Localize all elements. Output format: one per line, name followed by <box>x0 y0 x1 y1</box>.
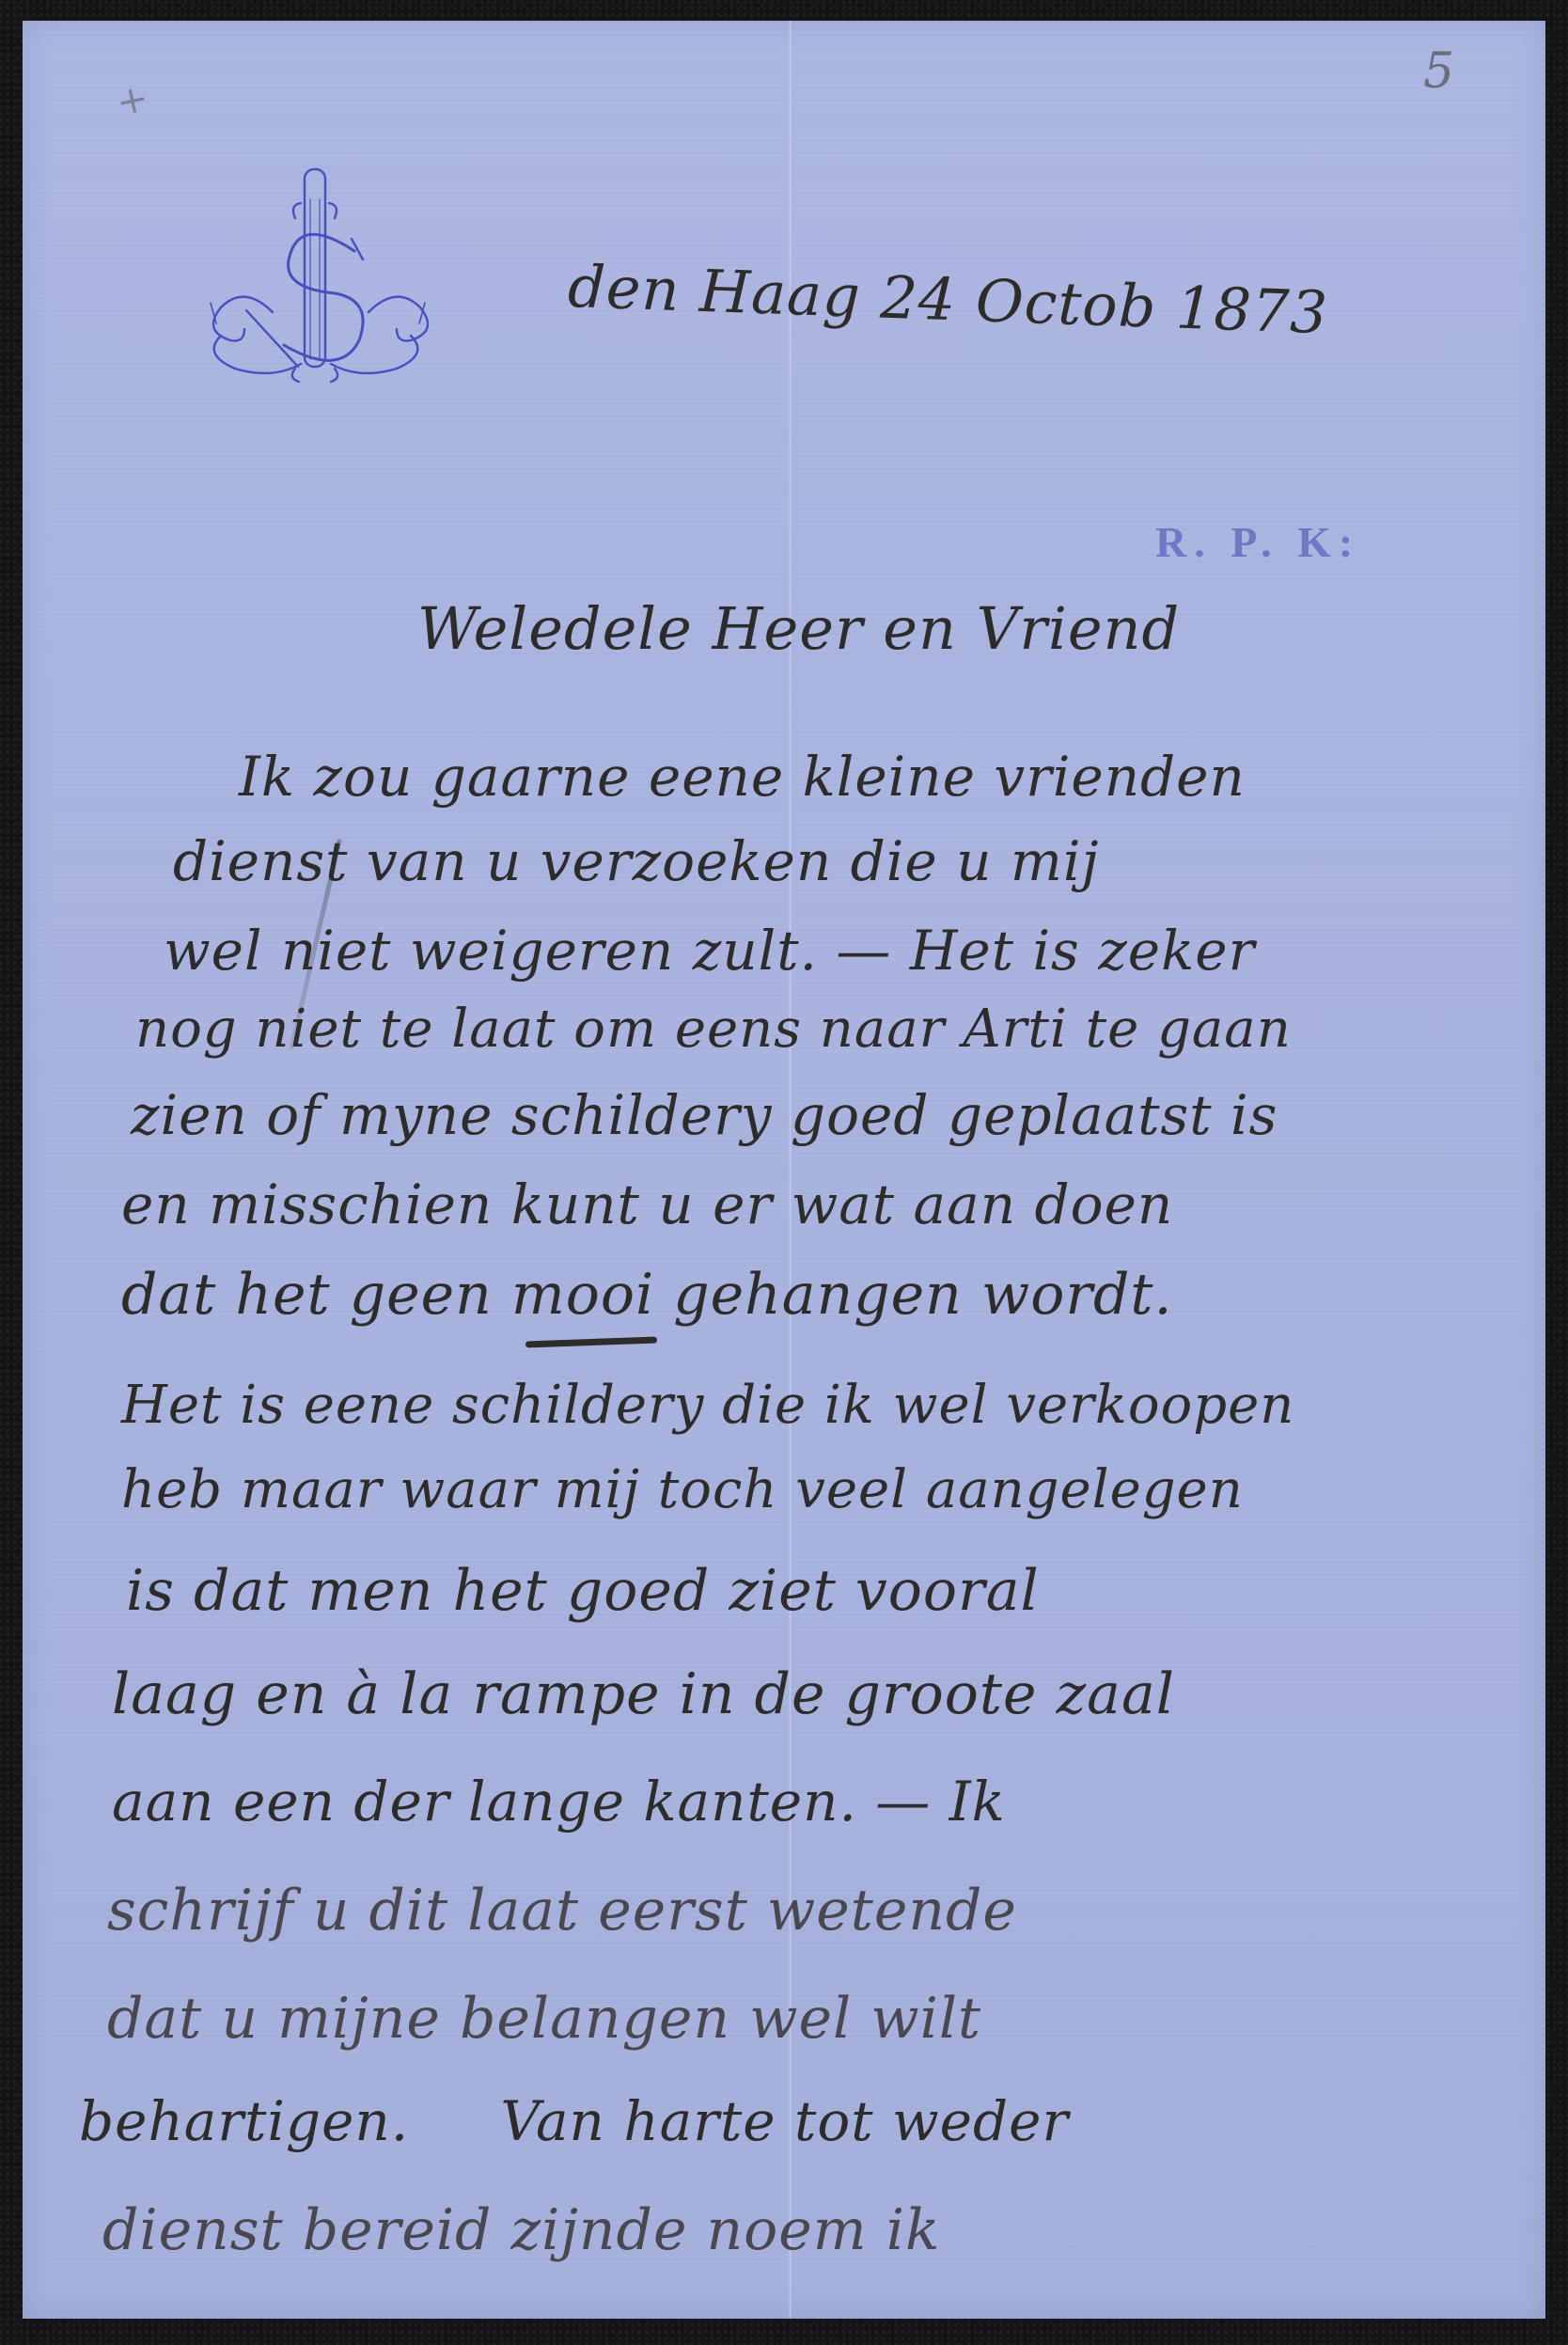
letter-sheet: + 5 den Haag 24 Octob 1873 R. P. K: Wele… <box>23 21 1545 2319</box>
body-line-5: zien of myne schildery goed geplaatst is <box>131 1083 1278 1147</box>
geen-underline-mark <box>525 1337 657 1348</box>
body-line-7: dat het geen mooi gehangen wordt. <box>121 1262 1173 1328</box>
body-line-13: schrijf u dit laat eerst wetende <box>107 1878 1017 1944</box>
body-line-1: Ik zou gaarne eene kleine vrienden <box>239 745 1246 809</box>
body-line-14: dat u mijne belangen wel wilt <box>107 1986 981 2052</box>
pencil-cross-mark: + <box>113 76 152 125</box>
salutation: Weledele Heer en Vriend <box>417 594 1180 663</box>
body-line-11: laag en à la rampe in de groote zaal <box>112 1661 1175 1727</box>
body-line-16: dienst bereid zijnde noem ik <box>102 2197 940 2263</box>
page-number: 5 <box>1423 43 1454 100</box>
body-line-8: Het is eene schildery die ik wel verkoop… <box>121 1375 1294 1436</box>
body-line-3: wel niet weigeren zult. — Het is zeker <box>164 919 1255 983</box>
body-line-12: aan een der lange kanten. — Ik <box>112 1770 1006 1834</box>
body-line-7-text: dat het geen mooi gehangen wordt. <box>121 1262 1173 1328</box>
body-line-2: dienst van u verzoeken die u mij <box>173 829 1099 893</box>
fold-crease <box>789 21 792 2319</box>
body-line-4: nog niet te laat om eens naar Arti te ga… <box>135 999 1292 1060</box>
body-line-15: behartigen. Van harte tot weder <box>79 2089 1069 2153</box>
body-line-9: heb maar waar mij toch veel aangelegen <box>121 1459 1244 1520</box>
rpk-stamp: R. P. K: <box>1155 517 1360 567</box>
monogram-letterhead-icon <box>190 162 444 387</box>
place-date-line: den Haag 24 Octob 1873 <box>567 252 1329 347</box>
body-line-10: is dat men het goed ziet vooral <box>126 1558 1040 1624</box>
body-line-6: en misschien kunt u er wat aan doen <box>121 1172 1173 1236</box>
